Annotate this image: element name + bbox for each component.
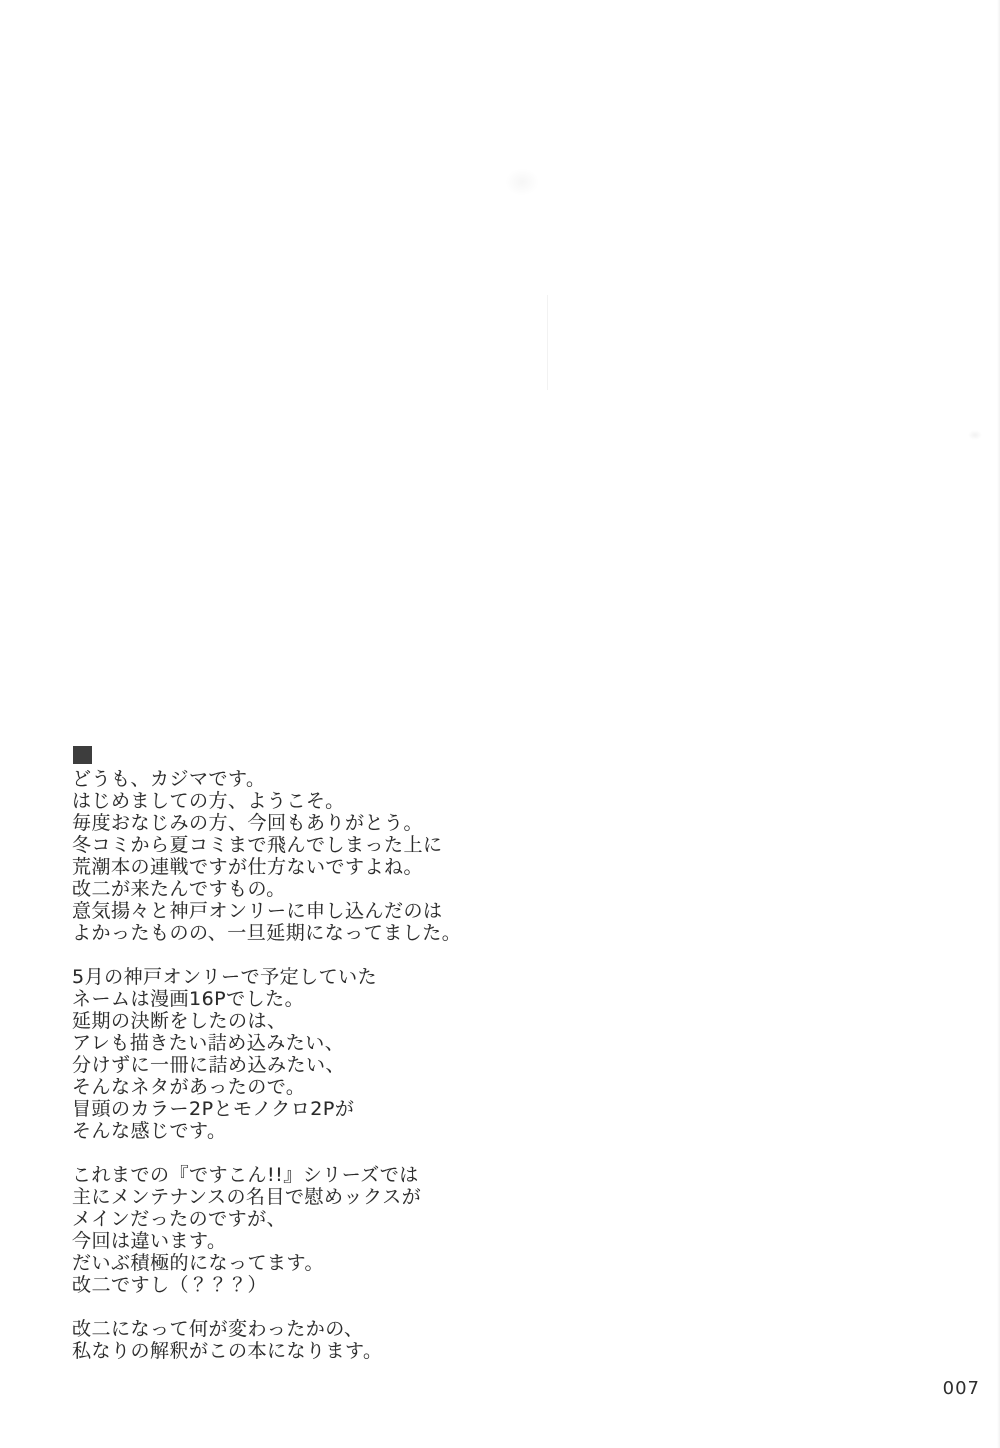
scan-mark: [968, 430, 982, 440]
afterword-paragraph-2: 5月の神戸オンリーで予定していた ネームは漫画16Pでした。 延期の決断をしたの…: [72, 966, 692, 1142]
scan-line-artifact: [547, 295, 548, 390]
afterword-paragraph-3: これまでの『ですこん!!』シリーズでは 主にメンテナンスの名目で慰めックスが メ…: [72, 1164, 692, 1296]
page-number: 007: [943, 1378, 980, 1399]
afterword-paragraph-1: どうも、カジマです。 はじめましての方、ようこそ。 毎度おなじみの方、今回もあり…: [72, 768, 692, 944]
scanned-page: どうも、カジマです。 はじめましての方、ようこそ。 毎度おなじみの方、今回もあり…: [0, 0, 1000, 1448]
afterword-text: どうも、カジマです。 はじめましての方、ようこそ。 毎度おなじみの方、今回もあり…: [72, 746, 692, 1384]
afterword-paragraph-4: 改二になって何が変わったかの、 私なりの解釈がこの本になります。: [72, 1318, 692, 1362]
scan-smudge: [505, 168, 539, 196]
black-square-marker-icon: [73, 746, 92, 764]
